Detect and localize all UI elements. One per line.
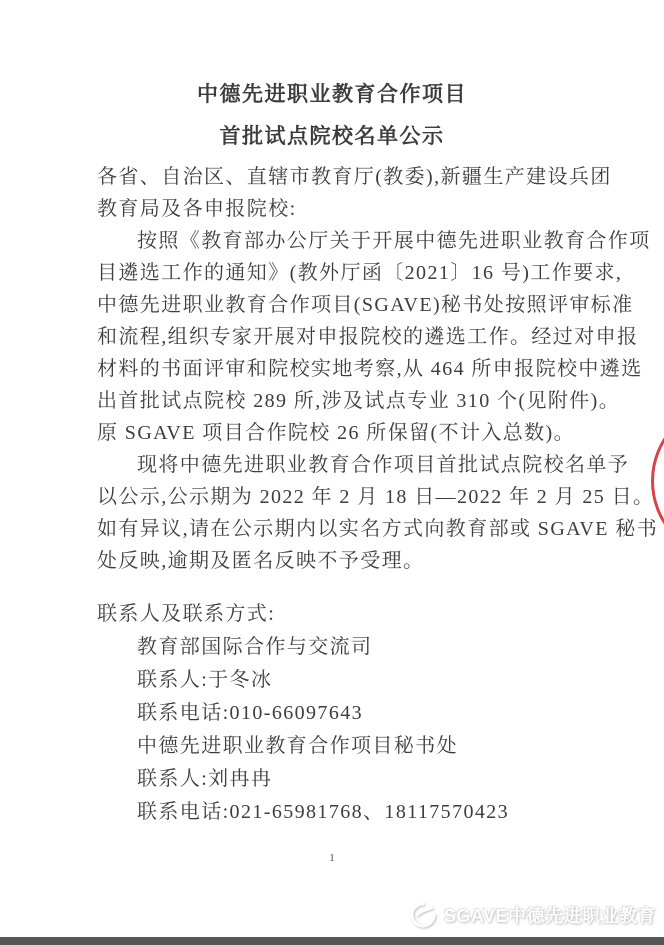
paragraph-1-line: 出首批试点院校 289 所,涉及试点专业 310 个(见附件)。: [97, 385, 567, 417]
contacts-heading: 联系人及联系方式:: [97, 598, 567, 631]
contact-org: 教育部国际合作与交流司: [137, 631, 567, 664]
contacts-section: 联系人及联系方式: 教育部国际合作与交流司 联系人:于冬冰 联系电话:010-6…: [97, 598, 567, 829]
paragraph-1-line: 目遴选工作的通知》(教外厅函〔2021〕16 号)工作要求,: [97, 257, 567, 289]
footer-brand: SGAVE中德先进职业教育: [409, 901, 656, 929]
paragraph-1-line: 按照《教育部办公厅关于开展中德先进职业教育合作项: [97, 225, 567, 257]
paragraph-1-line: 原 SGAVE 项目合作院校 26 所保留(不计入总数)。: [97, 417, 567, 449]
bottom-bar: [0, 937, 664, 945]
paragraph-1-line: 中德先进职业教育合作项目(SGAVE)秘书处按照评审标准: [97, 289, 567, 321]
paragraph-2-line: 如有异议,请在公示期内以实名方式向教育部或 SGAVE 秘书: [97, 513, 567, 545]
title-line-2: 首批试点院校名单公示: [0, 116, 664, 158]
document-body: 各省、自治区、直辖市教育厅(教委),新疆生产建设兵团 教育局及各申报院校: 按照…: [97, 161, 567, 577]
salutation-line: 各省、自治区、直辖市教育厅(教委),新疆生产建设兵团: [97, 161, 567, 193]
footer-brand-text: SGAVE中德先进职业教育: [444, 902, 656, 928]
sgave-swirl-logo-icon: [409, 901, 437, 929]
contact-phone: 联系电话:021-65981768、18117570423: [137, 796, 567, 829]
contact-org: 中德先进职业教育合作项目秘书处: [137, 730, 567, 763]
document-page: 中德先进职业教育合作项目 首批试点院校名单公示 各省、自治区、直辖市教育厅(教委…: [0, 0, 664, 945]
paragraph-1-line: 和流程,组织专家开展对申报院校的遴选工作。经过对申报: [97, 321, 567, 353]
paragraph-2-line: 处反映,逾期及匿名反映不予受理。: [97, 545, 567, 577]
paragraph-2-line: 以公示,公示期为 2022 年 2 月 18 日—2022 年 2 月 25 日…: [97, 481, 567, 513]
title-line-1: 中德先进职业教育合作项目: [0, 74, 664, 116]
paragraph-2-line: 现将中德先进职业教育合作项目首批试点院校名单予: [97, 449, 567, 481]
paragraph-1-line: 材料的书面评审和院校实地考察,从 464 所申报院校中遴选: [97, 353, 567, 385]
contact-person: 联系人:刘冉冉: [137, 763, 567, 796]
contact-phone: 联系电话:010-66097643: [137, 697, 567, 730]
contact-person: 联系人:于冬冰: [137, 664, 567, 697]
salutation-line: 教育局及各申报院校:: [97, 193, 567, 225]
document-title: 中德先进职业教育合作项目 首批试点院校名单公示: [0, 74, 664, 158]
page-number: 1: [0, 852, 664, 864]
